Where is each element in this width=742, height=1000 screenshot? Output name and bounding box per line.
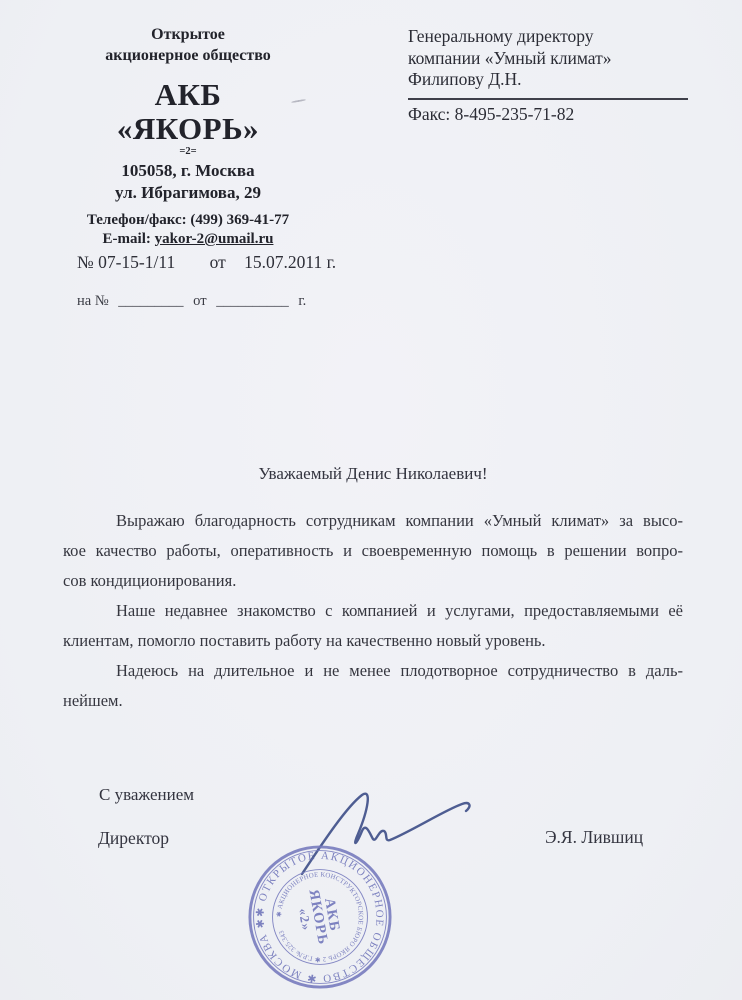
reference-number: № 07-15-1/11 <box>77 252 175 272</box>
reference-date: 15.07.2011 г. <box>244 252 336 272</box>
reference-line: № 07-15-1/11 от 15.07.2011 г. <box>77 252 336 273</box>
recipient-line3: Филипову Д.Н. <box>408 69 700 91</box>
company-name-line1: АКБ <box>63 78 313 112</box>
letter-body: Выражаю благодарность сотрудникам компан… <box>63 506 683 716</box>
company-email-line: E-mail: yakor-2@umail.ru <box>63 230 313 249</box>
paragraph-3-line-2: нейшем. <box>63 686 683 716</box>
recipient-fax: Факс: 8-495-235-71-82 <box>408 104 700 126</box>
signer-name: Э.Я. Лившиц <box>545 827 643 848</box>
org-type-line1: Открытое <box>63 24 313 45</box>
company-stamp: ✱ ОТКРЫТОЕ АКЦИОНЕРНОЕ ОБЩЕСТВО ✱ МОСКВА… <box>247 844 393 990</box>
paragraph-1-line-3: сов кондиционирования. <box>63 566 683 596</box>
paragraph-3-line-1: Надеюсь на длительное и не менее плодотв… <box>63 656 683 686</box>
recipient-divider <box>408 98 688 100</box>
salutation: Уважаемый Денис Николаевич! <box>63 464 683 484</box>
closing-phrase: С уважением <box>99 785 194 805</box>
company-name-suffix: =2= <box>63 146 313 158</box>
org-type-line2: акционерное общество <box>63 45 313 66</box>
company-address-line1: 105058, г. Москва <box>63 160 313 182</box>
company-address: 105058, г. Москва ул. Ибрагимова, 29 <box>63 160 313 204</box>
email-label: E-mail: <box>103 231 151 247</box>
paragraph-2-line-1: Наше недавнее знакомство с компанией и у… <box>63 596 683 626</box>
company-phone: Телефон/факс: (499) 369-41-77 <box>63 211 313 230</box>
signer-title: Директор <box>98 828 169 849</box>
paragraph-2-line-2: клиентам, помогло поставить работу на ка… <box>63 626 683 656</box>
email-address: yakor-2@umail.ru <box>155 231 274 247</box>
reply-suffix: г. <box>298 293 306 309</box>
reply-prefix: на № <box>77 293 109 309</box>
reply-blank-number: _________ <box>118 293 183 309</box>
paragraph-1-line-1: Выражаю благодарность сотрудникам компан… <box>63 506 683 536</box>
recipient-line1: Генеральному директору <box>408 26 700 48</box>
reply-ot-label: от <box>193 293 206 309</box>
letterhead: Открытое акционерное общество АКБ «ЯКОРЬ… <box>63 24 313 249</box>
paragraph-1-line-2: кое качество работы, оперативность и сво… <box>63 536 683 566</box>
reference-ot-label: от <box>210 252 226 272</box>
scanned-letter-page: Открытое акционерное общество АКБ «ЯКОРЬ… <box>0 0 742 1000</box>
svg-text:«2»: «2» <box>296 907 315 932</box>
org-type: Открытое акционерное общество <box>63 24 313 66</box>
company-name: АКБ «ЯКОРЬ» <box>63 78 313 146</box>
stamp-center-text: АКБ ЯКОРЬ «2» <box>293 886 345 949</box>
company-contacts: Телефон/факс: (499) 369-41-77 E-mail: ya… <box>63 211 313 249</box>
reply-reference-line: на № _________ от __________ г. <box>77 293 312 310</box>
recipient-block: Генеральному директору компании «Умный к… <box>408 26 700 125</box>
company-address-line2: ул. Ибрагимова, 29 <box>63 182 313 204</box>
company-name-line2: «ЯКОРЬ» <box>63 112 313 146</box>
recipient-line2: компании «Умный климат» <box>408 48 700 70</box>
reply-blank-date: __________ <box>216 293 289 309</box>
